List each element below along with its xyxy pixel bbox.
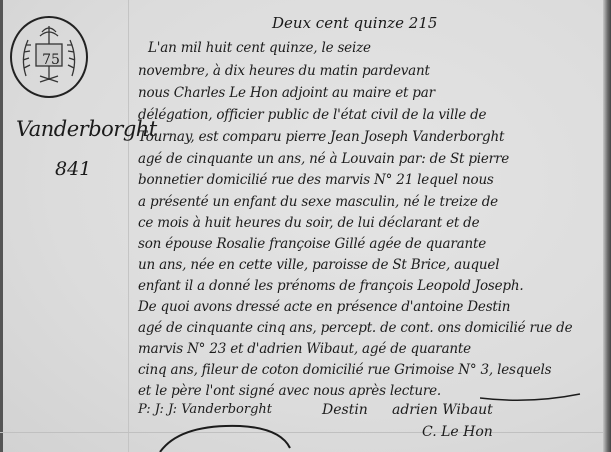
signature-father: P: J: J: Vanderborght [138, 402, 272, 417]
body-line: délégation, officier public de l'état ci… [138, 107, 486, 123]
body-line: et le père l'ont signé avec nous après l… [138, 383, 441, 399]
body-line: nous Charles Le Hon adjoint au maire et … [138, 85, 435, 101]
body-line: cinq ans, fileur de coton domicilié rue … [138, 362, 551, 378]
page-right-edge [603, 0, 611, 452]
margin-line [128, 0, 129, 452]
body-line: enfant il a donné les prénoms de françoi… [138, 278, 523, 294]
body-line: Tournay, est comparu pierre Jean Joseph … [138, 129, 504, 145]
body-line: novembre, à dix heures du matin pardevan… [138, 63, 430, 79]
body-line: agé de cinquante un ans, né à Louvain pa… [138, 151, 509, 167]
signature-officer: C. Le Hon [422, 424, 493, 440]
margin-surname: Vanderborght [16, 117, 157, 141]
body-line: L'an mil huit cent quinze, le seize [148, 40, 371, 56]
margin-record-number: 841 [55, 158, 91, 180]
page-binding-edge [0, 0, 3, 452]
body-line: son épouse Rosalie françoise Gillé agée … [138, 236, 486, 252]
stamp-number: 75 [39, 52, 63, 68]
scanned-register-page: 75 Vanderborght 841 Deux cent quinze 215… [0, 0, 611, 452]
body-line: a présenté un enfant du sexe masculin, n… [138, 194, 498, 210]
body-line: marvis N° 23 et d'adrien Wibaut, agé de … [138, 341, 471, 357]
body-line: De quoi avons dressé acte en présence d'… [138, 299, 510, 315]
bottom-rule [0, 432, 611, 433]
signature-witness-wibaut: adrien Wibaut [392, 402, 493, 418]
body-line: bonnetier domicilié rue des marvis N° 21… [138, 172, 494, 188]
body-line: un ans, née en cette ville, paroisse de … [138, 257, 499, 273]
record-header: Deux cent quinze 215 [272, 14, 437, 32]
tax-stamp: 75 [10, 16, 88, 98]
closing-flourish [480, 386, 600, 406]
signature-witness-destin: Destin [322, 402, 368, 418]
body-line: agé de cinquante cinq ans, percept. de c… [138, 320, 572, 336]
signature-flourish [150, 420, 300, 452]
body-line: ce mois à huit heures du soir, de lui dé… [138, 215, 479, 231]
